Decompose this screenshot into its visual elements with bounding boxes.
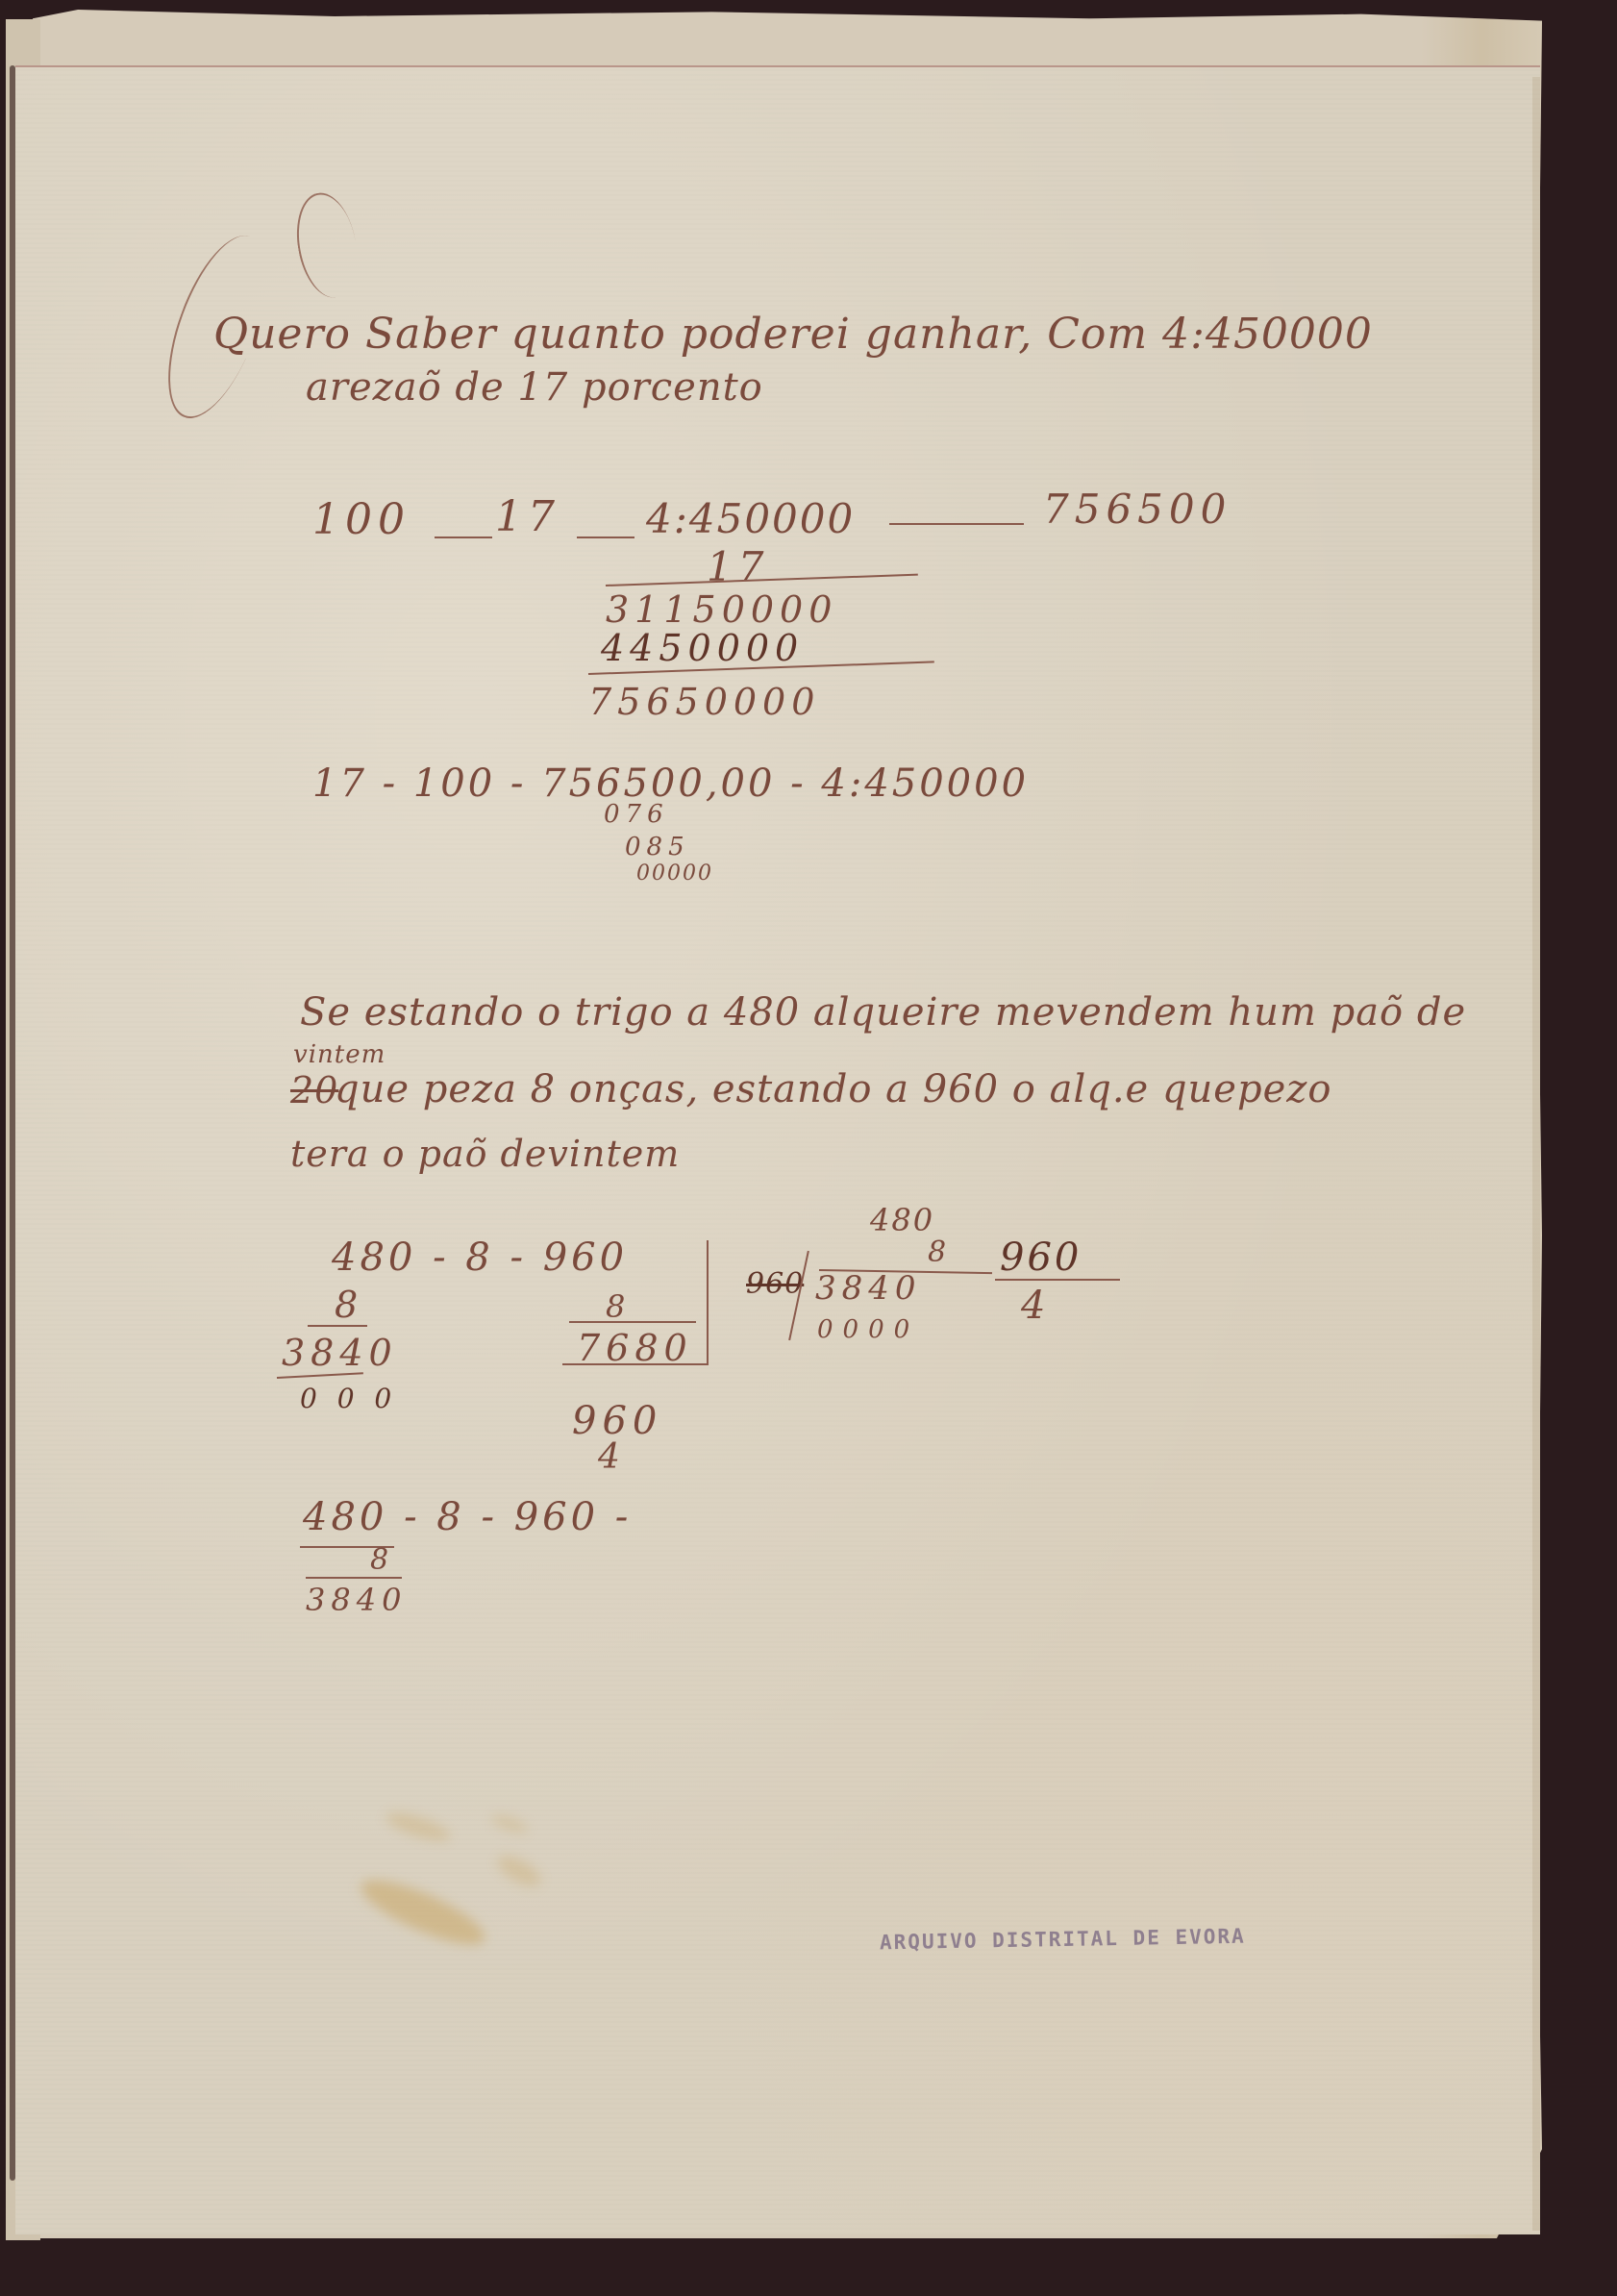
rule-line bbox=[308, 1325, 367, 1327]
remainder-2: 085 bbox=[625, 833, 690, 861]
work-right-multiplier: 8 bbox=[928, 1235, 952, 1269]
page-edge-shadow bbox=[1532, 77, 1540, 2231]
rule-line bbox=[306, 1577, 402, 1579]
work-left-remainder: 0 0 0 bbox=[300, 1383, 397, 1414]
repeat-multiplier: 8 bbox=[370, 1543, 394, 1577]
correction-above: vintem bbox=[293, 1040, 386, 1069]
work-middle-below-divisor: 4 bbox=[598, 1437, 626, 1477]
proportion-result: 756500 bbox=[1043, 486, 1231, 533]
proportion-b: 17 bbox=[495, 492, 560, 541]
multiplier: 17 bbox=[707, 543, 769, 590]
dash bbox=[577, 537, 634, 538]
work-right-zeros: 0000 bbox=[817, 1315, 919, 1344]
vertical-rule bbox=[707, 1240, 709, 1365]
problem1-statement-line1: Quero Saber quanto poderei ganhar, Com 4… bbox=[213, 310, 1373, 359]
proportion-c: 4:450000 bbox=[646, 495, 855, 542]
problem2-statement-line1: Se estando o trigo a 480 alqueire mevend… bbox=[300, 990, 1466, 1035]
problem1-statement-line2: arezaõ de 17 porcento bbox=[306, 365, 763, 410]
problem2-statement-line3: tera o paõ devintem bbox=[290, 1133, 680, 1175]
remainder-3: 00000 bbox=[636, 861, 713, 886]
partial-product-2: 4450000 bbox=[601, 627, 804, 669]
repeat-proportion: 480 - 8 - 960 - bbox=[303, 1495, 632, 1539]
work-right-quotient: 4 bbox=[1021, 1284, 1051, 1328]
partial-product-1: 31150000 bbox=[606, 588, 837, 631]
rule-line bbox=[995, 1279, 1120, 1281]
struck-word: 20 bbox=[290, 1069, 338, 1111]
dash bbox=[435, 537, 492, 538]
work-right-struck: 960 bbox=[746, 1267, 804, 1301]
check-proportion: 17 - 100 - 756500,00 - 4:450000 bbox=[312, 761, 1029, 806]
work-left-proportion: 480 - 8 - 960 bbox=[332, 1235, 628, 1280]
work-right-product: 3840 bbox=[815, 1269, 922, 1308]
product: 75650000 bbox=[588, 681, 820, 723]
work-right-top: 480 bbox=[870, 1202, 934, 1238]
problem2-statement-line2: que peza 8 onças, estando a 960 o alq.e … bbox=[335, 1067, 1331, 1111]
work-left-product: 3840 bbox=[282, 1332, 398, 1374]
repeat-product: 3840 bbox=[306, 1582, 407, 1618]
work-right-boxed-value: 960 bbox=[1000, 1235, 1082, 1280]
work-left-multiplier: 8 bbox=[335, 1284, 363, 1326]
page-left-edge bbox=[10, 65, 15, 2181]
dash bbox=[889, 523, 1024, 525]
remainder-1: 076 bbox=[604, 800, 669, 829]
rule-line bbox=[569, 1321, 696, 1323]
proportion-a: 100 bbox=[312, 495, 410, 544]
work-middle-multiplier: 8 bbox=[606, 1288, 631, 1325]
rule-line bbox=[562, 1363, 707, 1365]
manuscript-page bbox=[15, 65, 1540, 2234]
